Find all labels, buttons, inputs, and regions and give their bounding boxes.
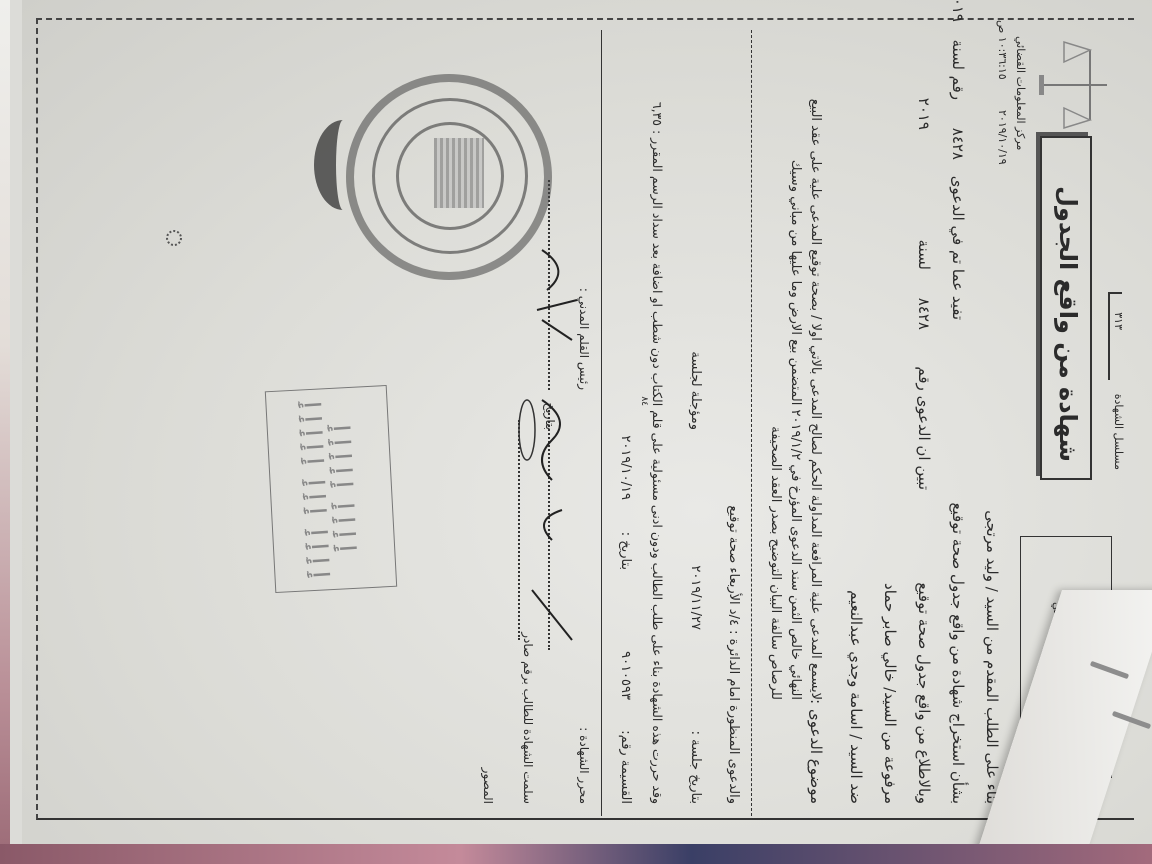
hearing-date: ٢٠١٩/١١/٢٧	[686, 565, 704, 630]
defendant-line: ضد السيد / اسامة وجدي عبدالنعيم	[845, 590, 866, 804]
printed-time: ١٠:٣٦:١٥ ص	[995, 20, 1010, 80]
issuance-line: وقد حررت هذه الشهادة بناء على طلب الطالب…	[649, 102, 667, 804]
subject-line-2: النهائي خالص الثمن سند الدعوى المؤرخ في …	[786, 160, 804, 700]
plaintiff-line: مرفوعة من السيد/ خالي صابر حماد	[879, 583, 900, 804]
hearing-line: والدعوى المنظورة امام الدائرة : ٤/د الأر…	[724, 505, 742, 804]
signature-icon	[522, 230, 592, 350]
faded-stamp: ٳٳٳٳ ٳٳٳٳٳ ٳٳٳٳ ٳٳٳ ٳٳٳٳٳ	[265, 385, 397, 593]
case-number-label: رقم	[947, 76, 968, 100]
purpose-line: بشأن استخراج شهادة من واقع جدول صحة توقي…	[947, 502, 968, 804]
request-line: بناء على الطلب المقدم من السيد / وليد مر…	[981, 510, 1002, 804]
certificate-page: وزارة العدل محكمة شمال القاهرة الجزئية ا…	[22, 0, 1152, 850]
writer-label: محرر الشهادة :	[575, 727, 592, 804]
background-fabric	[0, 844, 1152, 864]
receipt-date-label: بتاريخ :	[616, 532, 634, 570]
signature-icon	[512, 390, 582, 650]
info-center-label: مركز المعلومات القضائي	[1013, 36, 1028, 150]
subject-line-1: لايسمع المدعى علية المرافعة المداولة الح…	[806, 99, 824, 700]
printed-date: ٢٠١٩/١٠/١٩	[995, 110, 1010, 165]
subject-label: موضوع الدعوى :	[805, 699, 826, 804]
case-year-label: لسنة	[947, 39, 968, 70]
scales-of-justice-icon	[1032, 40, 1112, 130]
receipt-date: ٢٠١٩/١٠/١٩	[616, 435, 634, 500]
court-seal-icon	[346, 74, 552, 280]
shown-year: ٢٠١٩	[913, 98, 934, 130]
shown-year-label: لسنة	[913, 239, 934, 270]
page-reference: ٨٤	[637, 396, 650, 406]
receipt-number: ٩٠١٠٥٩٣	[616, 651, 634, 700]
footer-divider	[601, 30, 602, 816]
section-divider	[751, 30, 752, 816]
seal-ink-smudge	[314, 120, 372, 210]
serial-field	[1108, 292, 1122, 380]
review-line: وبالاطلاع من واقع جدول صحة توقيع	[913, 582, 934, 804]
photographed-paper: وزارة العدل محكمة شمال القاهرة الجزئية ا…	[10, 0, 1152, 852]
receipt-label: القسيمة رقم:	[616, 730, 634, 804]
hearing-date-label: بتاريخ جلسة :	[686, 731, 704, 804]
page-border	[36, 18, 1134, 820]
case-year: ٢٠١٩	[947, 0, 968, 22]
subject-line-3: للرصاص سالفة البيان التوضيح بصدر العقد ا…	[766, 426, 784, 700]
copier-label: المصور	[479, 768, 496, 804]
case-refer-label: تفيد عما تم في الدعوى	[947, 176, 968, 320]
adjourned-label: ومؤجلة لجلسة	[686, 351, 704, 430]
shown-label: تبين ان الدعوى رقم	[913, 366, 934, 490]
shown-case-number: ٨٤٢٨	[913, 298, 934, 330]
received-label: سلمت الشهادة للطالب برقم صادر	[519, 632, 536, 804]
page-title: شهادة من واقع الجدول	[1050, 186, 1084, 462]
title-box: شهادة من واقع الجدول	[1040, 136, 1092, 480]
case-number: ٨٤٢٨	[947, 128, 968, 160]
ink-spot	[166, 230, 182, 246]
serial-label: مسلسل الشهادة	[1111, 394, 1126, 470]
